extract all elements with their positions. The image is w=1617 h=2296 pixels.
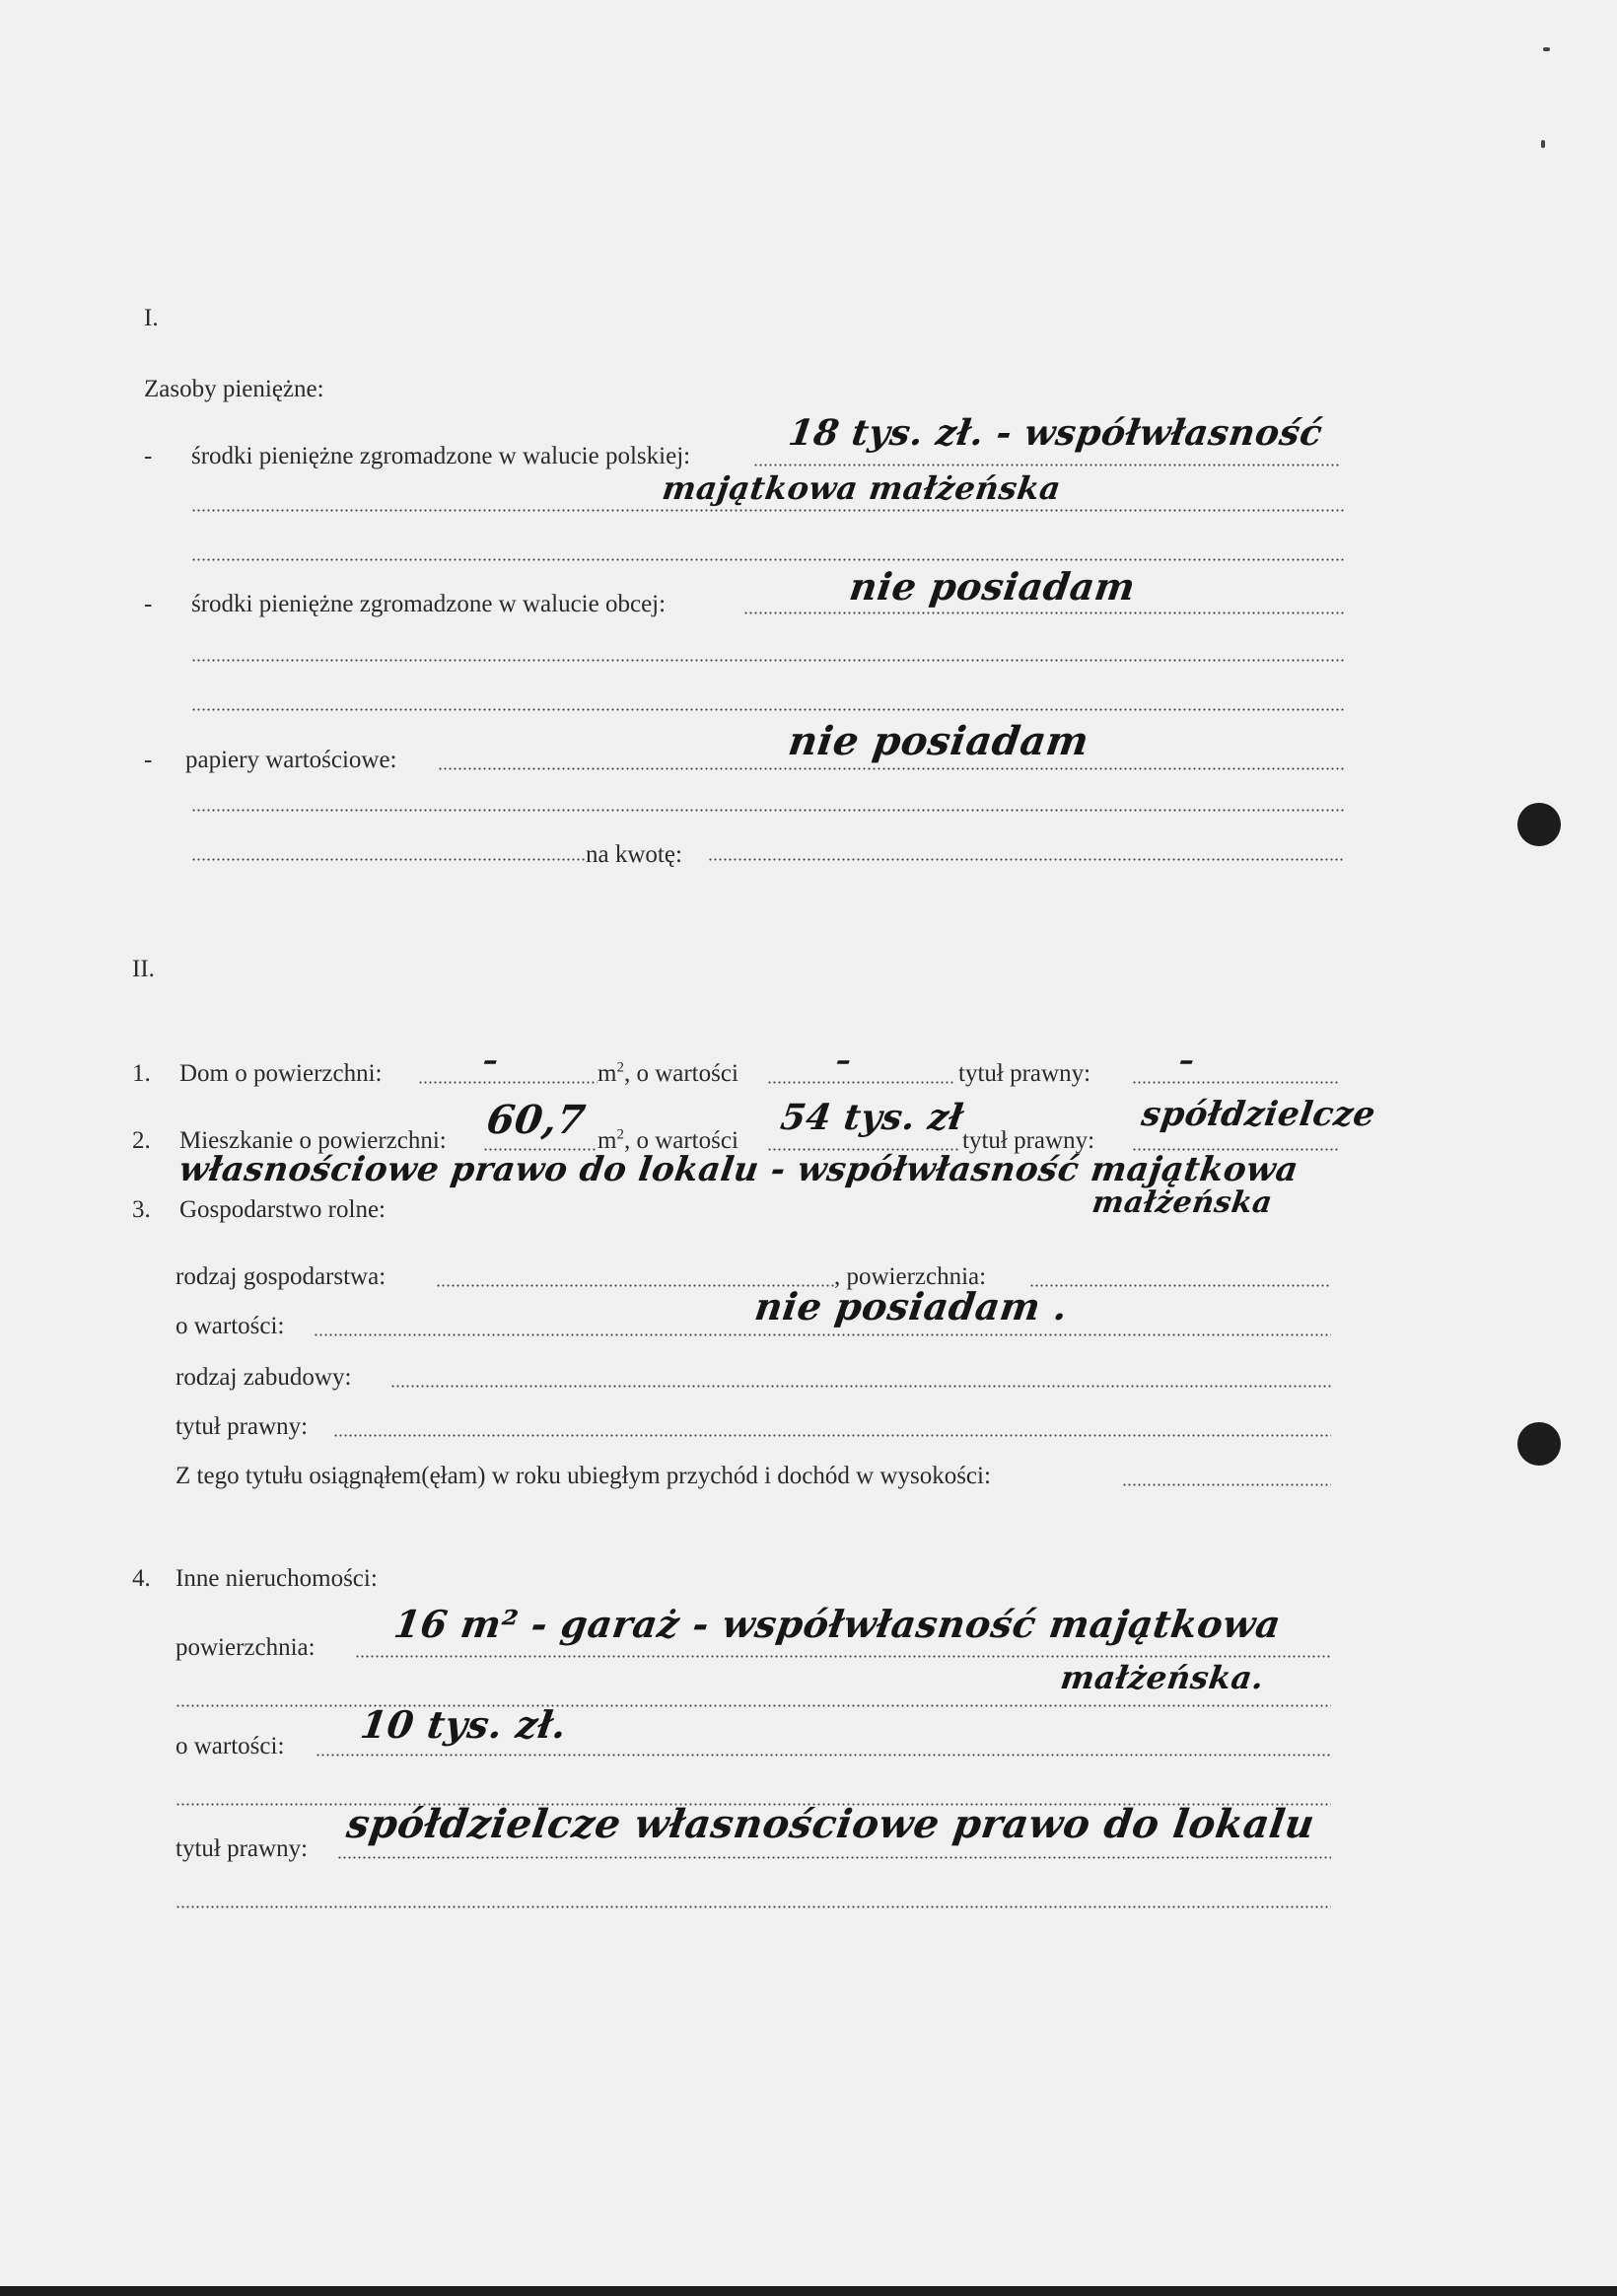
- farm-income-dotted-line: [1122, 1483, 1331, 1486]
- house-value-dotted-line: [767, 1081, 954, 1084]
- punch-hole-icon: [1517, 803, 1561, 846]
- other-area-dotted-line-2: [176, 1704, 1331, 1707]
- section-1-heading: Zasoby pieniężne:: [144, 375, 324, 404]
- amount-dotted-line: [708, 858, 1345, 861]
- punch-hole-icon: [1517, 1422, 1561, 1466]
- other-value-label: o wartości:: [176, 1732, 284, 1761]
- other-area-label: powierzchnia:: [176, 1633, 316, 1663]
- bullet: -: [144, 746, 152, 775]
- other-value[interactable]: 10 tys. zł.: [358, 1702, 570, 1747]
- securities-label: papiery wartościowe:: [185, 746, 397, 775]
- farm-number: 3.: [132, 1195, 151, 1225]
- foreign-funds-value[interactable]: nie posiadam: [847, 564, 1139, 609]
- foreign-funds-dotted-line: [743, 611, 1345, 614]
- house-label: Dom o powierzchni:: [179, 1059, 383, 1089]
- house-number: 1.: [132, 1059, 151, 1089]
- farm-buildings-dotted-line: [390, 1385, 1331, 1388]
- pln-funds-dotted-line: [753, 464, 1339, 466]
- bullet: -: [144, 442, 152, 471]
- section-1-number: I.: [144, 304, 159, 333]
- house-area-dotted-line: [418, 1081, 598, 1084]
- other-area-value[interactable]: 16 m² - garaż - współwłasność majątkowa: [391, 1602, 1284, 1646]
- foreign-funds-dotted-line-2: [191, 659, 1345, 662]
- other-title-label: tytuł prawny:: [176, 1834, 308, 1864]
- scan-artifact: [1543, 47, 1550, 51]
- other-number: 4.: [132, 1564, 151, 1594]
- unit-sup: 2: [616, 1127, 624, 1143]
- section-2-number: II.: [132, 955, 155, 984]
- other-area-value-line2[interactable]: małżeńska.: [1058, 1659, 1266, 1696]
- house-value-label: , o wartości: [624, 1060, 738, 1087]
- house-area-value[interactable]: –: [481, 1043, 501, 1078]
- securities-dotted-line-2: [191, 809, 1345, 812]
- securities-value[interactable]: nie posiadam: [786, 718, 1092, 764]
- house-title-label: tytuł prawny:: [958, 1059, 1090, 1089]
- scan-artifact: [1541, 140, 1545, 148]
- other-label: Inne nieruchomości:: [176, 1564, 378, 1594]
- farm-label: Gospodarstwo rolne:: [179, 1195, 386, 1225]
- other-value-dotted-line: [316, 1754, 1331, 1757]
- pln-funds-dotted-line-3: [191, 558, 1345, 561]
- house-unit: m2, o wartości: [598, 1059, 738, 1089]
- scan-edge-band: [0, 2286, 1617, 2296]
- flat-area-value[interactable]: 60,7: [484, 1097, 589, 1143]
- farm-title-label: tytuł prawny:: [176, 1412, 308, 1442]
- farm-value[interactable]: nie posiadam .: [752, 1284, 1071, 1328]
- flat-title-value-line3[interactable]: małżeńska: [1090, 1185, 1275, 1220]
- amount-dotted-line-left: [191, 858, 586, 861]
- securities-dotted-line: [438, 767, 1345, 770]
- scanned-document-page: I. Zasoby pieniężne: - środki pieniężne …: [0, 0, 1617, 2286]
- bullet: -: [144, 590, 152, 619]
- farm-title-dotted-line: [333, 1434, 1331, 1437]
- pln-funds-value-line2[interactable]: majątkowa małżeńska: [660, 469, 1063, 507]
- flat-value[interactable]: 54 tys. zł: [778, 1097, 966, 1138]
- unit-m: m: [598, 1060, 616, 1087]
- other-title-dotted-line: [337, 1856, 1331, 1859]
- other-title-value[interactable]: spółdzielcze własnościowe prawo do lokal…: [344, 1801, 1318, 1847]
- farm-buildings-label: rodzaj zabudowy:: [176, 1363, 351, 1393]
- pln-funds-label: środki pieniężne zgromadzone w walucie p…: [191, 442, 690, 471]
- house-value[interactable]: –: [834, 1043, 854, 1078]
- farm-value-dotted-line: [314, 1333, 1331, 1336]
- flat-number: 2.: [132, 1126, 151, 1156]
- farm-type-label: rodzaj gospodarstwa:: [176, 1262, 386, 1292]
- farm-income-label: Z tego tytułu osiągnąłem(ęłam) w roku ub…: [176, 1462, 991, 1491]
- amount-label: na kwotę:: [586, 840, 682, 870]
- other-area-dotted-line: [355, 1655, 1331, 1658]
- other-title-dotted-line-2: [176, 1905, 1331, 1908]
- unit-sup: 2: [616, 1060, 624, 1076]
- farm-value-label: o wartości:: [176, 1312, 284, 1341]
- house-title-value[interactable]: –: [1177, 1043, 1197, 1078]
- house-title-dotted-line: [1132, 1081, 1339, 1084]
- flat-title-value-line1[interactable]: spółdzielcze: [1139, 1095, 1377, 1134]
- flat-title-value-line2[interactable]: własnościowe prawo do lokalu - współwłas…: [176, 1150, 1301, 1189]
- pln-funds-dotted-line-2: [191, 509, 1345, 512]
- pln-funds-value-line1[interactable]: 18 tys. zł. - współwłasność: [786, 412, 1325, 454]
- farm-area-dotted-line: [1029, 1284, 1331, 1287]
- foreign-funds-dotted-line-3: [191, 708, 1345, 711]
- foreign-funds-label: środki pieniężne zgromadzone w walucie o…: [191, 590, 666, 619]
